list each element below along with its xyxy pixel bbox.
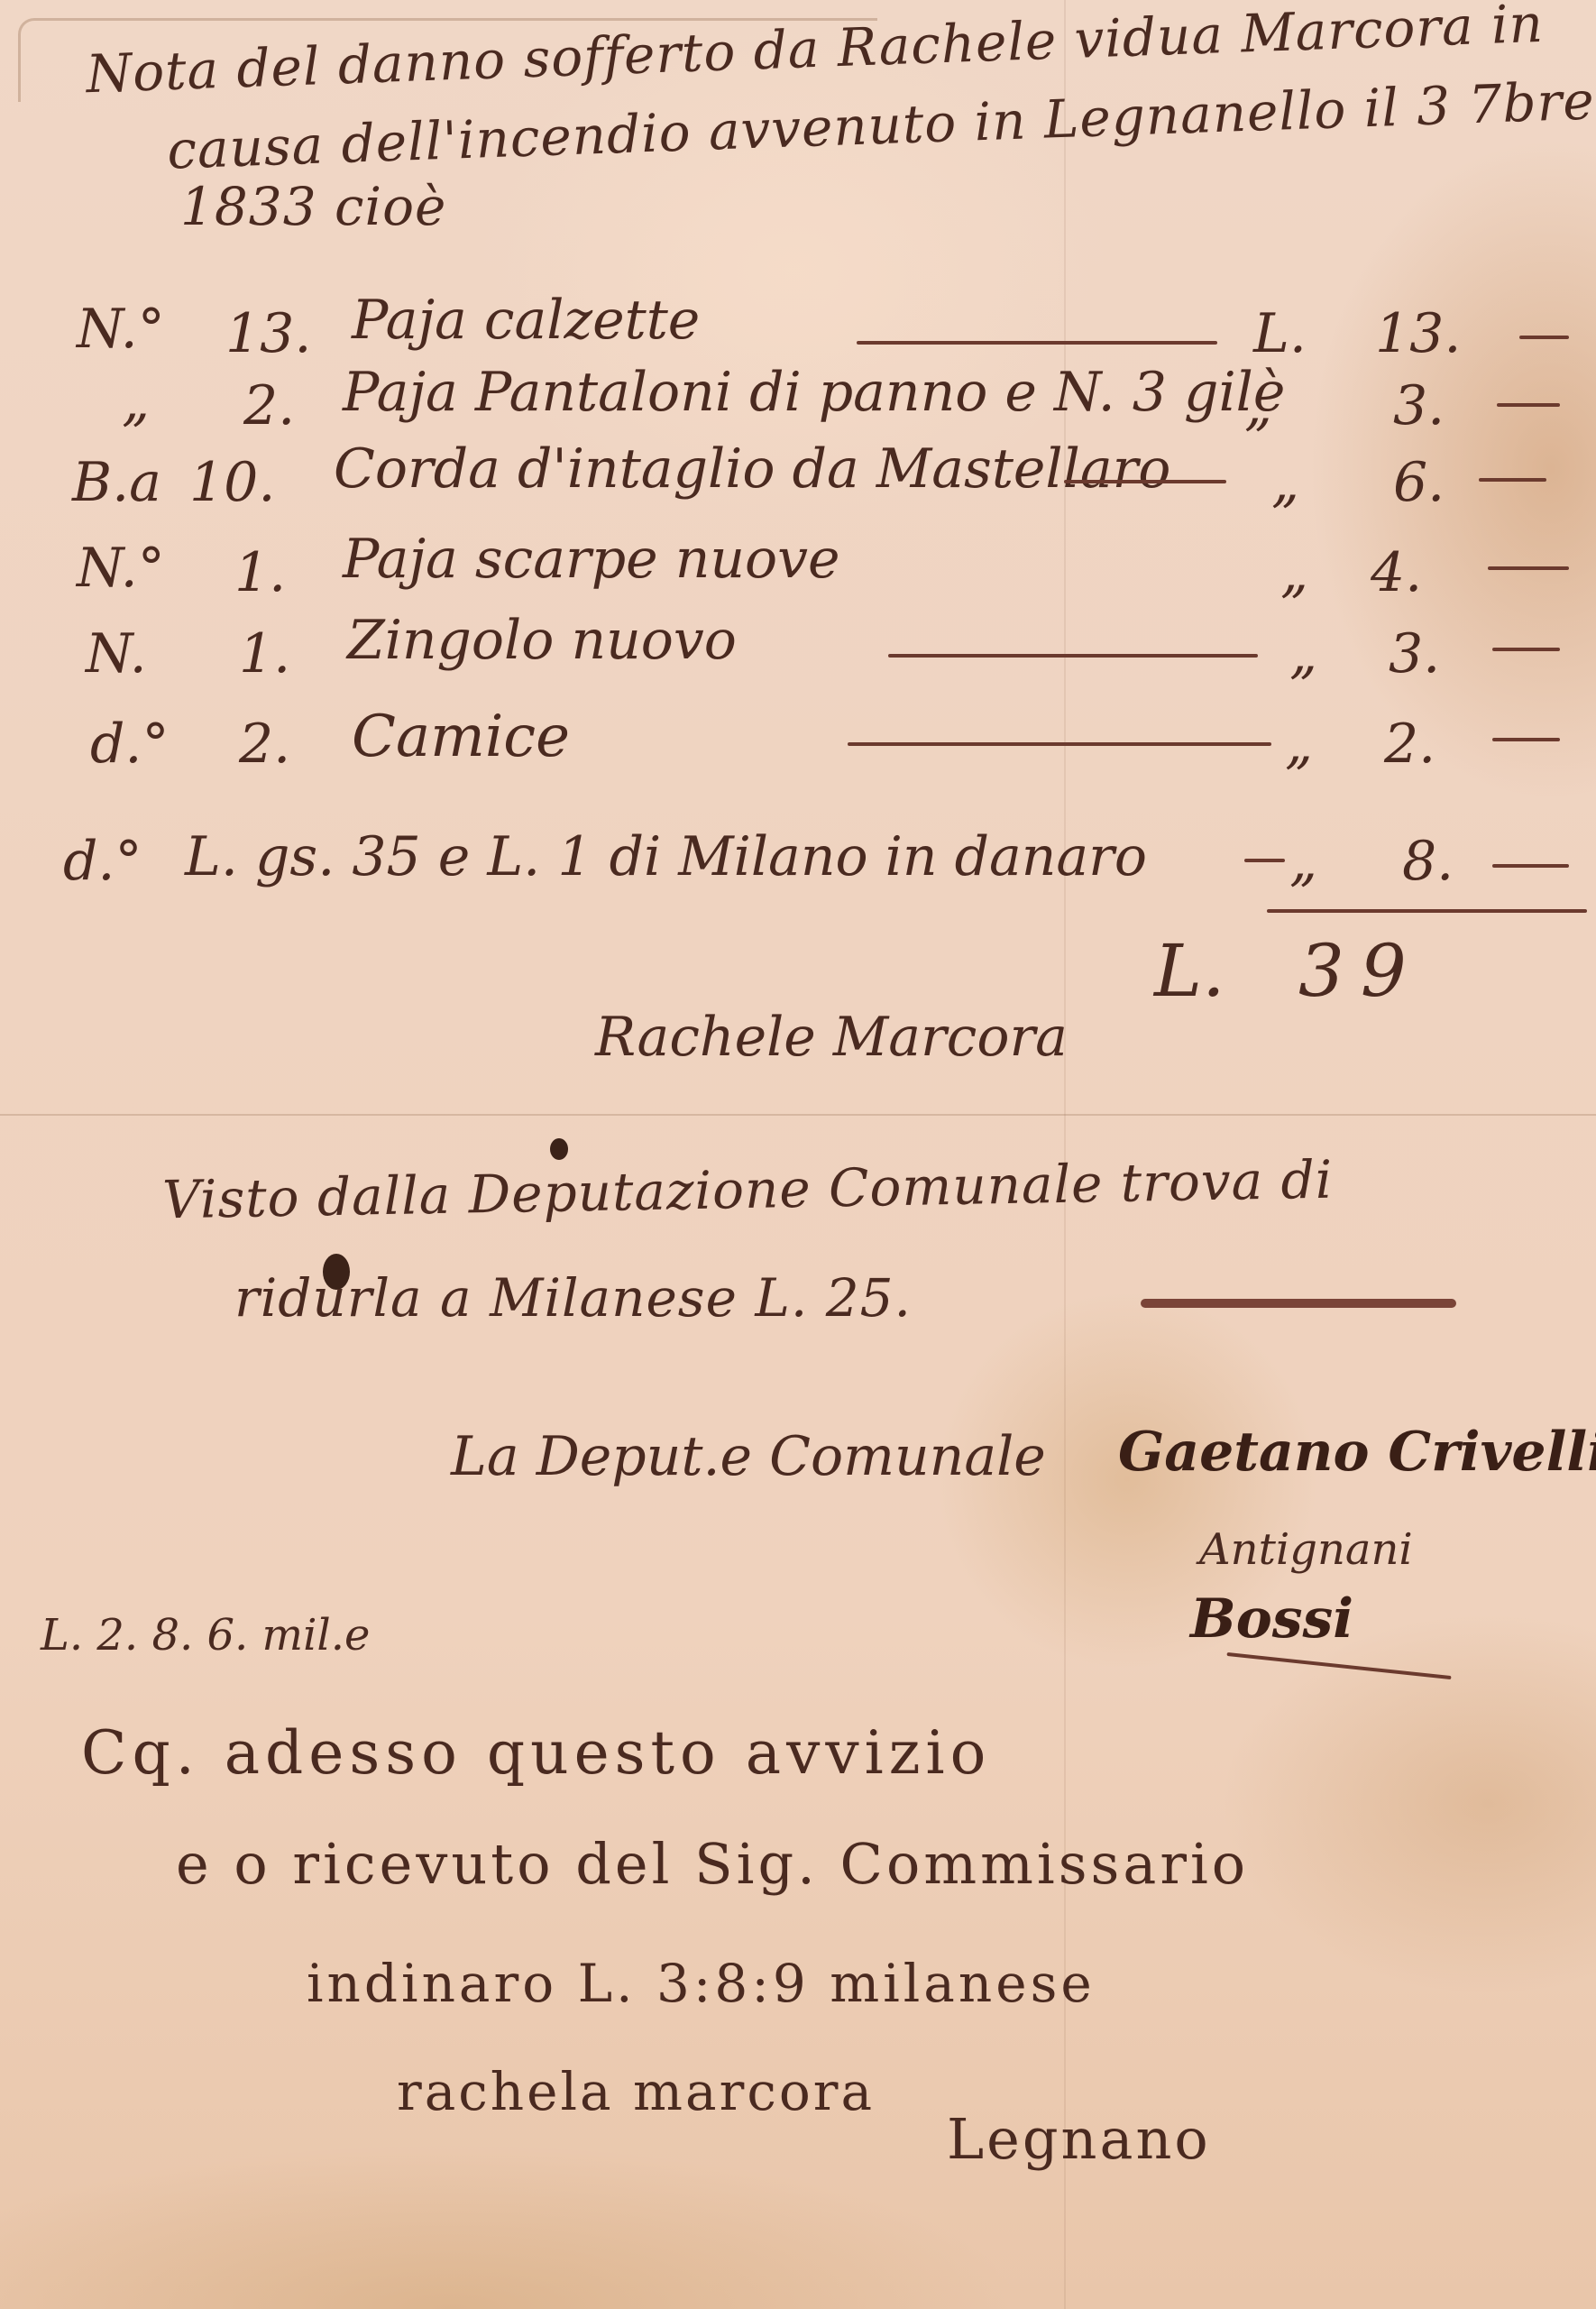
total-rule (1267, 909, 1587, 913)
dash-trailer (1479, 478, 1546, 482)
margin-note: L. 2. 8. 6. mil.e (41, 1610, 370, 1660)
item-unit: N. (86, 622, 147, 685)
item-unit: d.° (63, 830, 142, 893)
total-currency: L. (1154, 929, 1225, 1013)
dash-trailer (1492, 648, 1560, 651)
item-qty: 2. (243, 374, 295, 437)
item-description: Paja scarpe nuove (343, 528, 840, 591)
item-description: Corda d'intaglio da Mastellaro (334, 437, 1170, 501)
endorsement-line-2: ridurla a Milanese L. 25. (234, 1267, 912, 1329)
flourish-stroke (1141, 1299, 1456, 1308)
dash-leader (888, 654, 1258, 658)
item-description: Zingolo nuovo (347, 609, 737, 672)
item-amount: 2. (1384, 713, 1435, 776)
dash-trailer (1492, 738, 1560, 741)
item-amount: 13. (1375, 302, 1461, 365)
signature-1: Gaetano Crivelli (1118, 1421, 1596, 1484)
receipt-line-2: e o ricevuto del Sig. Commissario (176, 1831, 1249, 1897)
heading-line-3: 1833 cioè (180, 176, 446, 237)
ditto-mark: „ (1289, 830, 1317, 893)
endorsement-line-1: Visto dalla Deputazione Comunale trova d… (162, 1149, 1334, 1231)
item-unit: „ (122, 370, 150, 433)
dash-leader (848, 742, 1271, 746)
item-unit: N.° (77, 537, 165, 600)
item-amount: 3. (1389, 622, 1440, 685)
ditto-mark: „ (1271, 451, 1299, 514)
item-unit: N.° (77, 298, 165, 361)
ink-blot (550, 1138, 568, 1160)
document-page: Nota del danno sofferto da Rachele vidua… (0, 0, 1596, 2309)
item-qty: 2. (239, 713, 290, 776)
dash-leader (1064, 480, 1226, 483)
item-unit: B.a (72, 451, 161, 514)
signature-flourish (1226, 1652, 1451, 1679)
deputation-label: La Deput.e Comunale (451, 1425, 1046, 1488)
dash-trailer (1519, 336, 1569, 339)
item-amount: 6. (1393, 451, 1445, 514)
item-currency: L. (1253, 302, 1307, 365)
item-amount: 3. (1393, 374, 1445, 437)
receipt-line-3: indinaro L. 3:8:9 milanese (307, 1953, 1096, 2014)
item-amount: 8. (1402, 830, 1454, 893)
item-description: Camice (352, 704, 570, 770)
signature-2: Antignani (1199, 1524, 1413, 1575)
item-qty: 10. (189, 451, 275, 514)
item-qty: 13. (225, 302, 311, 365)
total-amount: 39 (1298, 929, 1423, 1013)
item-description: Paja calzette (352, 289, 700, 352)
claimant-signature: Rachele Marcora (595, 1006, 1068, 1069)
item-description: Paja Pantaloni di panno e N. 3 gilè (343, 361, 1285, 424)
ditto-mark: „ (1244, 374, 1272, 437)
ditto-mark: „ (1285, 713, 1313, 776)
item-description: L. gs. 35 e L. 1 di Milano in danaro (185, 825, 1147, 888)
dash-leader (1244, 859, 1285, 862)
receipt-signature: rachela marcora (397, 2061, 875, 2122)
item-amount: 4. (1371, 541, 1422, 604)
fold-crease-horizontal (0, 1114, 1596, 1116)
receipt-place: Legnano (947, 2106, 1211, 2172)
dash-trailer (1492, 864, 1569, 868)
signature-3: Bossi (1190, 1587, 1353, 1651)
item-unit: d.° (90, 713, 169, 776)
receipt-line-1: Cq. adesso questo avvizio (81, 1718, 991, 1788)
dash-trailer (1497, 403, 1560, 407)
item-qty: 1. (234, 541, 286, 604)
dash-leader (857, 341, 1217, 345)
ditto-mark: „ (1280, 541, 1308, 604)
ditto-mark: „ (1289, 622, 1317, 685)
dash-trailer (1488, 566, 1569, 570)
item-qty: 1. (239, 622, 290, 685)
